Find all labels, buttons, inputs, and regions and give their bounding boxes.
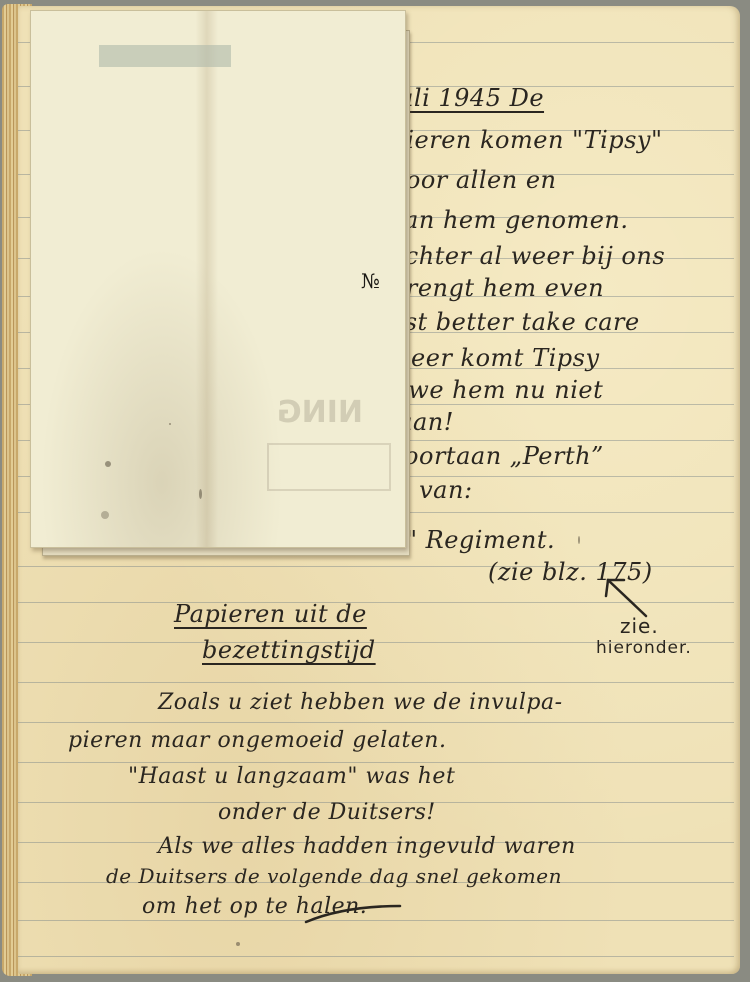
stain-spot	[101, 511, 109, 519]
diary-line: est better take care	[390, 308, 640, 336]
annotation-zie: zie.	[620, 614, 659, 638]
diary-line: voortaan „Perth”	[390, 442, 604, 470]
bleed-through-text: NING	[277, 395, 363, 430]
diary-body-line-quote: "Haast u langzaam" was het	[128, 764, 455, 789]
rule-line	[18, 722, 734, 723]
inserted-document-card: NING №	[30, 10, 406, 548]
section-heading-line2: bezettingstijd	[202, 636, 376, 664]
diary-body-line: onder de Duitsers!	[218, 800, 436, 825]
section-heading-line1: Papieren uit de	[174, 600, 367, 628]
closing-flourish	[304, 902, 404, 926]
diary-line: weer komt Tipsy	[390, 344, 600, 372]
diary-line: brengt hem even	[390, 274, 604, 302]
card-number-label: №	[361, 269, 380, 293]
diary-body-line: Als we alles hadden ingevuld waren	[158, 834, 576, 859]
rule-line	[18, 762, 734, 763]
stain-spot	[199, 489, 202, 499]
ink-mark	[236, 942, 240, 946]
rule-line	[18, 682, 734, 683]
diary-body-line: Zoals u ziet hebben we de invulpa-	[158, 690, 563, 715]
diary-body-line: pieren maar ongemoeid gelaten.	[68, 728, 446, 753]
rule-line	[18, 956, 734, 957]
stain-spot	[105, 461, 111, 467]
ink-mark	[578, 536, 580, 544]
annotation-hieronder: hieronder.	[596, 638, 692, 658]
bleed-through-stamp	[267, 443, 391, 491]
stain-spot	[169, 423, 171, 425]
diary-line: van hem genomen.	[390, 206, 629, 234]
diary-body-line: de Duitsers de volgende dag snel gekomen	[106, 864, 562, 888]
tape-strip	[99, 45, 231, 67]
diary-line: achter al weer bij ons	[390, 242, 665, 270]
diary-line: ilieren komen "Tipsy"	[390, 126, 663, 154]
diary-line: h" Regiment.	[390, 526, 555, 554]
diary-line: door allen en	[390, 166, 556, 194]
diary-line-date: juli 1945 De	[390, 84, 544, 112]
diary-line: t we hem nu niet	[390, 376, 603, 404]
